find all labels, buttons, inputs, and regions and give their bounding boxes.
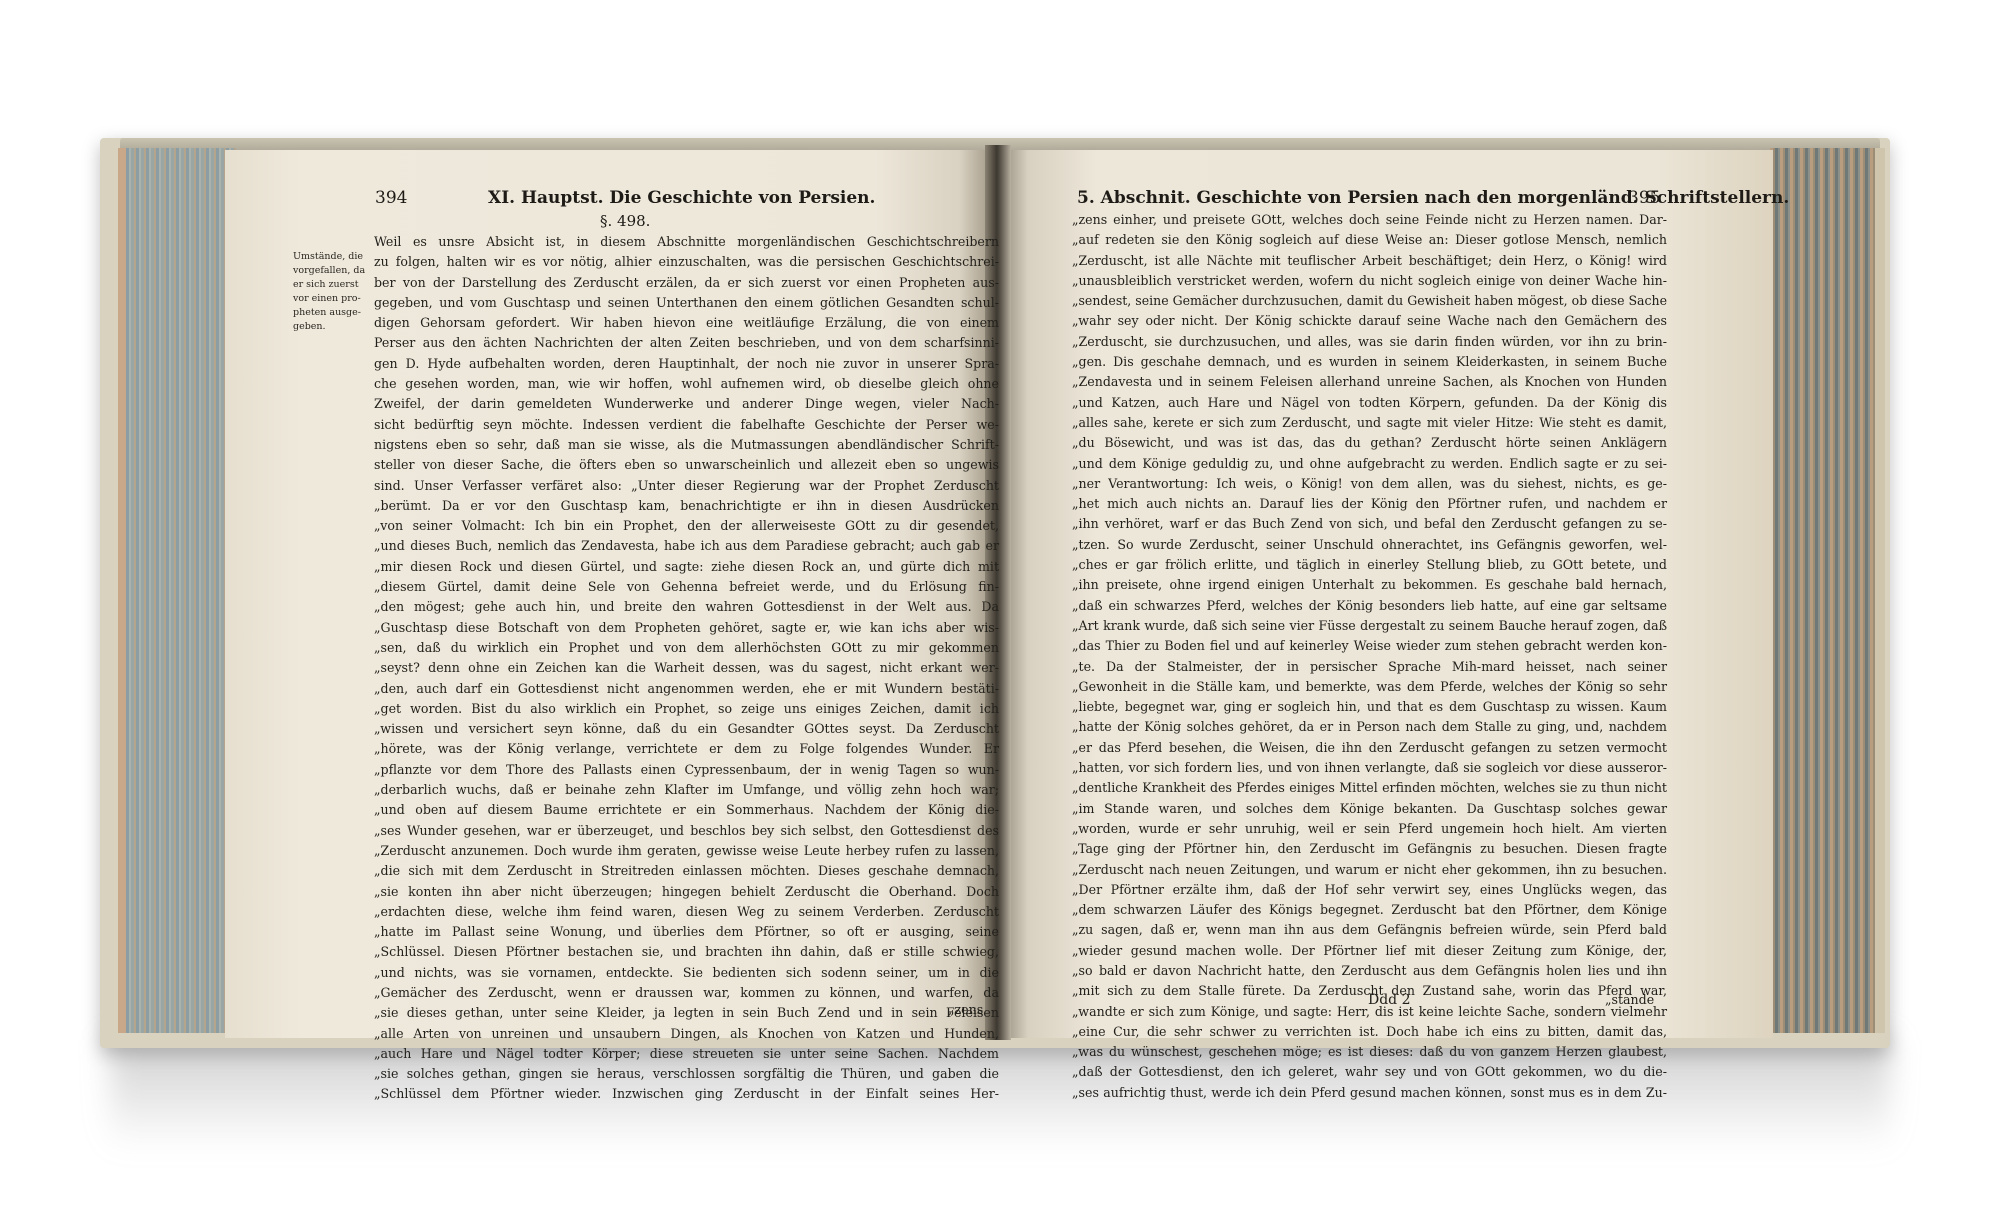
text-line: „und nichts, was sie vornamen, entdeckte… xyxy=(374,963,999,983)
text-line: „und dieses Buch, nemlich das Zendavesta… xyxy=(374,536,999,556)
text-line: „Zerduscht, sie durchzusuchen, und alles… xyxy=(1072,332,1667,352)
text-line: „sie solches gethan, gingen sie heraus, … xyxy=(374,1064,999,1084)
text-line: „Zerduscht nach neuen Zeitungen, und war… xyxy=(1072,860,1667,880)
text-line: „alle Arten von unreinen und unsaubern D… xyxy=(374,1024,999,1044)
text-line: sicht bedürftig seyn möchte. Indessen ve… xyxy=(374,415,999,435)
right-page-body: „zens einher, und preisete GOtt, welches… xyxy=(1072,210,1667,1103)
text-line: „derbarlich wuchs, daß er beinahe zehn K… xyxy=(374,780,999,800)
text-line: „Zerduscht anzunemen. Doch wurde ihm ger… xyxy=(374,841,999,861)
text-line: „Gemächer des Zerduscht, wenn er drausse… xyxy=(374,983,999,1003)
right-running-head: 5. Abschnit. Geschichte von Persien nach… xyxy=(1077,188,1789,208)
text-line: „diesem Gürtel, damit deine Sele von Geh… xyxy=(374,577,999,597)
marginal-note: Umstände, die vorgefallen, da er sich zu… xyxy=(293,250,381,334)
text-line: „und Katzen, auch Hare und Nägel von tod… xyxy=(1072,393,1667,413)
text-line: „das Thier zu Boden fiel und auf keinerl… xyxy=(1072,636,1667,656)
text-line: gen D. Hyde aufbehalten worden, deren Ha… xyxy=(374,354,999,374)
text-line: „wahr sey oder nicht. Der König schickte… xyxy=(1072,311,1667,331)
text-line: Weil es unsre Absicht ist, in diesem Abs… xyxy=(374,232,999,252)
text-line: digen Gehorsam gefordert. Wir haben hiev… xyxy=(374,313,999,333)
text-line: nigstens eben so sehr, daß man sie wisse… xyxy=(374,435,999,455)
text-line: „worden, wurde er sehr unruhig, weil er … xyxy=(1072,819,1667,839)
text-line: „ches er gar frölich erlitte, und täglic… xyxy=(1072,555,1667,575)
text-line: „du Bösewicht, und was ist das, das du g… xyxy=(1072,433,1667,453)
text-line: „Art krank wurde, daß sich seine vier Fü… xyxy=(1072,616,1667,636)
text-line: sind. Unser Verfasser verfäret also: „Un… xyxy=(374,476,999,496)
text-line: „zu sagen, daß er, wenn man ihn aus dem … xyxy=(1072,920,1667,940)
right-page-edges xyxy=(1770,148,1885,1033)
text-line: „sie dieses gethan, unter seine Kleider,… xyxy=(374,1003,999,1023)
marginal-line: vorgefallen, da xyxy=(293,264,381,278)
text-line: „dem schwarzen Läufer des Königs begegne… xyxy=(1072,900,1667,920)
right-page-number: 395 xyxy=(1628,188,1660,208)
text-line: „te. Da der Stalmeister, der in persisch… xyxy=(1072,657,1667,677)
text-line: „Gewonheit in die Ställe kam, und bemerk… xyxy=(1072,677,1667,697)
text-line: zu folgen, halten wir es vor nötig, alhi… xyxy=(374,252,999,272)
text-line: „eine Cur, die sehr schwer zu verrichten… xyxy=(1072,1022,1667,1042)
text-line: Perser aus den ächten Nachrichten der al… xyxy=(374,333,999,353)
signature-mark: Ddd 2 xyxy=(1368,992,1411,1008)
left-catchword: „zens xyxy=(948,1002,983,1017)
text-line: „ihn preisete, ohne irgend einigen Unter… xyxy=(1072,575,1667,595)
text-line: „alles sahe, kerete er sich zum Zerdusch… xyxy=(1072,413,1667,433)
text-line: „hörete, was der König verlange, verrich… xyxy=(374,739,999,759)
left-page-body: Weil es unsre Absicht ist, in diesem Abs… xyxy=(374,232,999,1105)
left-page-edges xyxy=(118,148,236,1033)
text-line: „liebte, begegnet war, ging er sogleich … xyxy=(1072,697,1667,717)
text-line: „und oben auf diesem Baume errichtete er… xyxy=(374,800,999,820)
text-line: „berümt. Da er vor den Guschtasp kam, be… xyxy=(374,496,999,516)
text-line: „het mich auch nichts an. Darauf lies de… xyxy=(1072,494,1667,514)
text-line: „daß ein schwarzes Pferd, welches der Kö… xyxy=(1072,596,1667,616)
marginal-line: vor einen pro- xyxy=(293,292,381,306)
marginal-line: Umstände, die xyxy=(293,250,381,264)
text-line: „daß der Gottesdienst, den ich geleret, … xyxy=(1072,1062,1667,1082)
text-line: „Zerduscht, ist alle Nächte mit teuflisc… xyxy=(1072,251,1667,271)
marginal-line: er sich zuerst xyxy=(293,278,381,292)
text-line: „sie konten ihn aber nicht überzeugen; h… xyxy=(374,882,999,902)
text-line: „hatte im Pallast seine Wonung, und über… xyxy=(374,922,999,942)
text-line: „get worden. Bist du also wirklich ein P… xyxy=(374,699,999,719)
section-mark: §. 498. xyxy=(600,212,650,230)
left-page-number: 394 xyxy=(375,188,407,208)
text-line: „sen, daß du wirklich ein Prophet und vo… xyxy=(374,638,999,658)
text-line: „Schlüssel. Diesen Pförtner bestachen si… xyxy=(374,942,999,962)
text-line: gegeben, und vom Guschtasp und seinen Un… xyxy=(374,293,999,313)
text-line: „sendest, seine Gemächer durchzusuchen, … xyxy=(1072,291,1667,311)
text-line: „so bald er davon Nachricht hatte, den Z… xyxy=(1072,961,1667,981)
text-line: ber von der Darstellung des Zerduscht er… xyxy=(374,273,999,293)
text-line: steller von dieser Sache, die öfters ebe… xyxy=(374,455,999,475)
text-line: „im Stande waren, und solches dem Könige… xyxy=(1072,799,1667,819)
text-line: „ses aufrichtig thust, werde ich dein Pf… xyxy=(1072,1083,1667,1103)
text-line: „von seiner Volmacht: Ich bin ein Prophe… xyxy=(374,516,999,536)
text-line: „Tage ging der Pförtner hin, den Zerdusc… xyxy=(1072,839,1667,859)
text-line: „die sich mit dem Zerduscht in Streitred… xyxy=(374,861,999,881)
text-line: „Guschtasp diese Botschaft von dem Proph… xyxy=(374,618,999,638)
text-line: „Der Pförtner erzälte ihm, daß der Hof s… xyxy=(1072,880,1667,900)
text-line: „mir diesen Rock und diesen Gürtel, und … xyxy=(374,557,999,577)
text-line: „den, auch darf ein Gottesdienst nicht a… xyxy=(374,679,999,699)
text-line: „dentliche Krankheit des Pferdes einiges… xyxy=(1072,778,1667,798)
text-line: „auch Hare und Nägel todter Körper; dies… xyxy=(374,1044,999,1064)
text-line: „er das Pferd besehen, die Weisen, die i… xyxy=(1072,738,1667,758)
text-line: „den mögest; gehe auch hin, und breite d… xyxy=(374,597,999,617)
text-line: „pflanzte vor dem Thore des Pallasts ein… xyxy=(374,760,999,780)
text-line: „zens einher, und preisete GOtt, welches… xyxy=(1072,210,1667,230)
text-line: che gesehen worden, man, wie wir hoffen,… xyxy=(374,374,999,394)
left-running-head: XI. Hauptst. Die Geschichte von Persien. xyxy=(488,188,875,208)
text-line: „Zendavesta und in seinem Feleisen aller… xyxy=(1072,372,1667,392)
text-line: „unausbleiblich verstricket werden, wofe… xyxy=(1072,271,1667,291)
text-line: „seyst? denn ohne ein Zeichen kan die Wa… xyxy=(374,658,999,678)
text-line: „tzen. So wurde Zerduscht, seiner Unschu… xyxy=(1072,535,1667,555)
text-line: „erdachten diese, welche ihm feind waren… xyxy=(374,902,999,922)
text-line: „ses Wunder gesehen, war er überzeuget, … xyxy=(374,821,999,841)
text-line: „auf redeten sie den König sogleich auf … xyxy=(1072,230,1667,250)
marginal-line: pheten ausge- xyxy=(293,306,381,320)
text-line: „und dem Könige geduldig zu, und ohne au… xyxy=(1072,454,1667,474)
text-line: „wissen und versichert seyn könne, daß d… xyxy=(374,719,999,739)
marginal-line: geben. xyxy=(293,320,381,334)
text-line: „ner Verantwortung: Ich weis, o König! v… xyxy=(1072,474,1667,494)
text-line: „hatte der König solches gehöret, da er … xyxy=(1072,717,1667,737)
text-line: „hatten, vor sich fordern lies, und von … xyxy=(1072,758,1667,778)
text-line: „was du wünschest, geschehen möge; es is… xyxy=(1072,1042,1667,1062)
text-line: „wieder gesund machen wolle. Der Pförtne… xyxy=(1072,941,1667,961)
right-catchword: „stande xyxy=(1605,992,1654,1007)
text-line: „ihn verhöret, warf er das Buch Zend von… xyxy=(1072,514,1667,534)
text-line: „gen. Dis geschahe demnach, und es wurde… xyxy=(1072,352,1667,372)
text-line: Zweifel, der darin gemeldeten Wunderwerk… xyxy=(374,394,999,414)
text-line: „Schlüssel dem Pförtner wieder. Inzwisch… xyxy=(374,1084,999,1104)
